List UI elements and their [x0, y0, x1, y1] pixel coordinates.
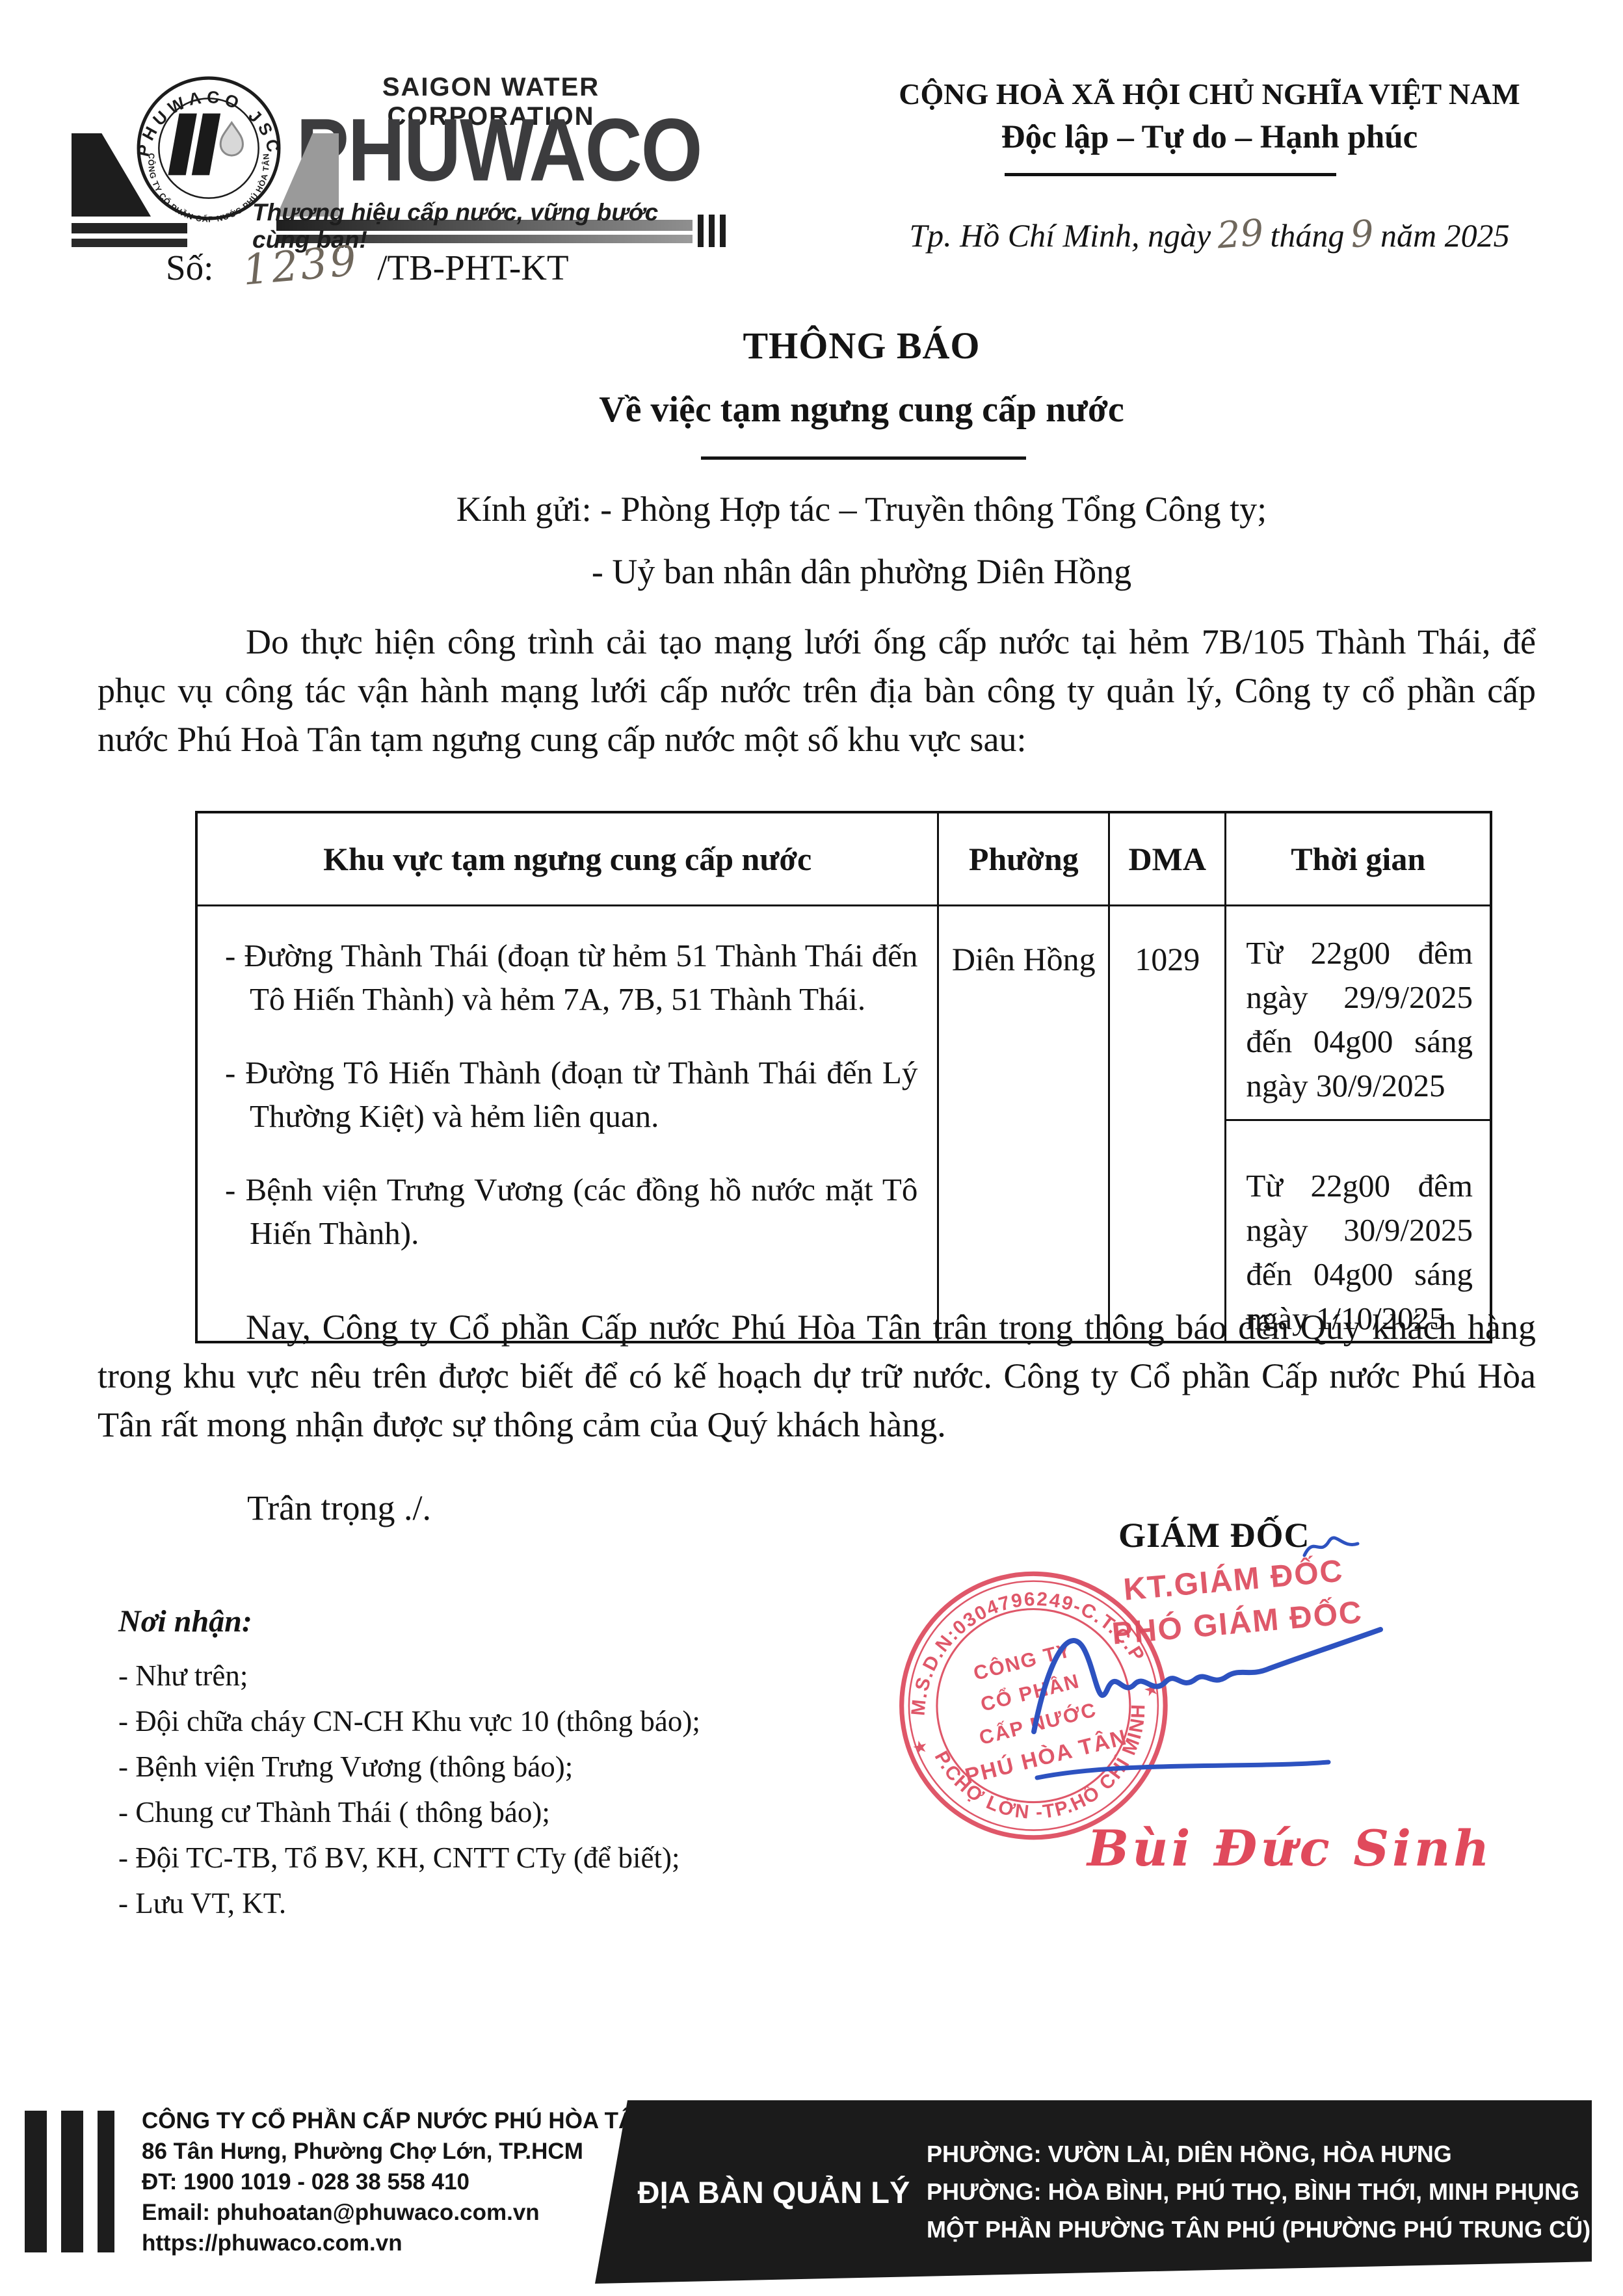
recipient-line-2: - Uỷ ban nhân dân phường Diên Hồng: [195, 551, 1528, 592]
col-header-time: Thời gian: [1226, 812, 1491, 906]
distribution-item: - Lưu VT, KT.: [118, 1880, 700, 1926]
scanned-notice-document: SAIGON WATER CORPORATION PHUWACO PHUWACO…: [0, 0, 1623, 2296]
signer-position-title: GIÁM ĐỐC: [1118, 1515, 1310, 1555]
date-mid: tháng: [1271, 217, 1345, 254]
footer-company-info: CÔNG TY CỔ PHẦN CẤP NƯỚC PHÚ HÒA TÂN 86 …: [142, 2105, 652, 2258]
footer-phone: ĐT: 1900 1019 - 028 38 558 410: [142, 2167, 652, 2197]
cell-ward: Diên Hồng: [938, 906, 1109, 1343]
national-header-line2: Độc lập – Tự do – Hạnh phúc: [832, 118, 1587, 156]
footer-address: 86 Tân Hưng, Phường Chợ Lớn, TP.HCM: [142, 2136, 652, 2167]
recipient-line-1: Kính gửi: - Phòng Hợp tác – Truyền thông…: [195, 489, 1528, 529]
national-header-rule: [1005, 173, 1336, 176]
national-header-line1: CỘNG HOÀ XÃ HỘI CHỦ NGHĨA VIỆT NAM: [832, 77, 1587, 111]
col-header-area: Khu vực tạm ngưng cung cấp nước: [196, 812, 938, 906]
footer-website: https://phuwaco.com.vn: [142, 2228, 652, 2258]
footer-email: Email: phuhoatan@phuwaco.com.vn: [142, 2197, 652, 2228]
cell-time-1: Từ 22g00 đêm ngày 29/9/2025 đến 04g00 sá…: [1226, 906, 1491, 1120]
signature-stroke: [1024, 1611, 1388, 1751]
col-header-dma: DMA: [1109, 812, 1226, 906]
place-date-line: Tp. Hồ Chí Minh, ngày29tháng9năm 2025: [810, 213, 1609, 256]
brand-wordmark: PHUWACO: [294, 99, 704, 201]
footer-bars: [25, 2111, 114, 2252]
document-number: Số:1239/TB-PHT-KT: [166, 242, 569, 290]
distribution-item: - Đội chữa cháy CN-CH Khu vực 10 (thông …: [118, 1698, 700, 1744]
distribution-item: - Như trên;: [118, 1653, 700, 1698]
distribution-label: Nơi nhận:: [118, 1603, 252, 1639]
service-area-line: MỘT PHẦN PHƯỜNG TÂN PHÚ (PHƯỜNG PHÚ TRUN…: [927, 2216, 1590, 2243]
table-header-row: Khu vực tạm ngưng cung cấp nước Phường D…: [196, 812, 1491, 906]
footer-company-name: CÔNG TY CỔ PHẦN CẤP NƯỚC PHÚ HÒA TÂN: [142, 2105, 652, 2136]
service-area-line: PHƯỜNG: HÒA BÌNH, PHÚ THỌ, BÌNH THỚI, MI…: [927, 2178, 1590, 2206]
cell-dma: 1029: [1109, 906, 1226, 1343]
area-item: - Đường Thành Thái (đoạn từ hẻm 51 Thành…: [225, 934, 917, 1021]
distribution-item: - Bệnh viện Trưng Vương (thông báo);: [118, 1744, 700, 1789]
area-item: - Bệnh viện Trưng Vương (các đồng hồ nướ…: [225, 1168, 917, 1255]
footer-service-area-band: ĐỊA BÀN QUẢN LÝ PHƯỜNG: VƯỜN LÀI, DIÊN H…: [595, 2100, 1592, 2284]
date-prefix: Tp. Hồ Chí Minh, ngày: [909, 217, 1211, 254]
service-area-lines: PHƯỜNG: VƯỜN LÀI, DIÊN HỒNG, HÒA HƯNG PH…: [927, 2141, 1590, 2243]
document-title: THÔNG BÁO: [195, 324, 1528, 367]
document-number-handwritten: 1239: [241, 237, 361, 295]
signer-name: Bùi Đức Sinh: [1087, 1819, 1493, 1877]
date-suffix: năm 2025: [1380, 217, 1510, 254]
date-day-handwritten: 29: [1216, 212, 1265, 257]
table-row: - Đường Thành Thái (đoạn từ hẻm 51 Thành…: [196, 906, 1491, 1120]
closing-line: Trân trọng ./.: [247, 1488, 431, 1528]
body-paragraph-1: Do thực hiện công trình cải tạo mạng lướ…: [98, 618, 1536, 764]
document-number-label: Số:: [166, 248, 213, 287]
distribution-item: - Chung cư Thành Thái ( thông báo);: [118, 1789, 700, 1835]
cell-areas: - Đường Thành Thái (đoạn từ hẻm 51 Thành…: [196, 906, 938, 1343]
area-item: - Đường Tô Hiến Thành (đoạn từ Thành Thá…: [225, 1051, 917, 1138]
signature-underline-stroke: [1031, 1748, 1336, 1790]
service-area-line: PHƯỜNG: VƯỜN LÀI, DIÊN HỒNG, HÒA HƯNG: [927, 2141, 1590, 2168]
document-subtitle: Về việc tạm ngưng cung cấp nước: [195, 389, 1528, 430]
service-area-label: ĐỊA BÀN QUẢN LÝ: [595, 2174, 927, 2210]
outage-table: Khu vực tạm ngưng cung cấp nước Phường D…: [195, 811, 1492, 1343]
document-number-suffix: /TB-PHT-KT: [377, 248, 568, 287]
col-header-ward: Phường: [938, 812, 1109, 906]
date-month-handwritten: 9: [1349, 213, 1375, 256]
distribution-list: - Như trên; - Đội chữa cháy CN-CH Khu vự…: [118, 1653, 700, 1926]
title-rule: [701, 456, 1026, 460]
body-paragraph-2: Nay, Công ty Cổ phần Cấp nước Phú Hòa Tâ…: [98, 1303, 1536, 1449]
distribution-item: - Đội TC-TB, Tổ BV, KH, CNTT CTy (để biế…: [118, 1835, 700, 1880]
